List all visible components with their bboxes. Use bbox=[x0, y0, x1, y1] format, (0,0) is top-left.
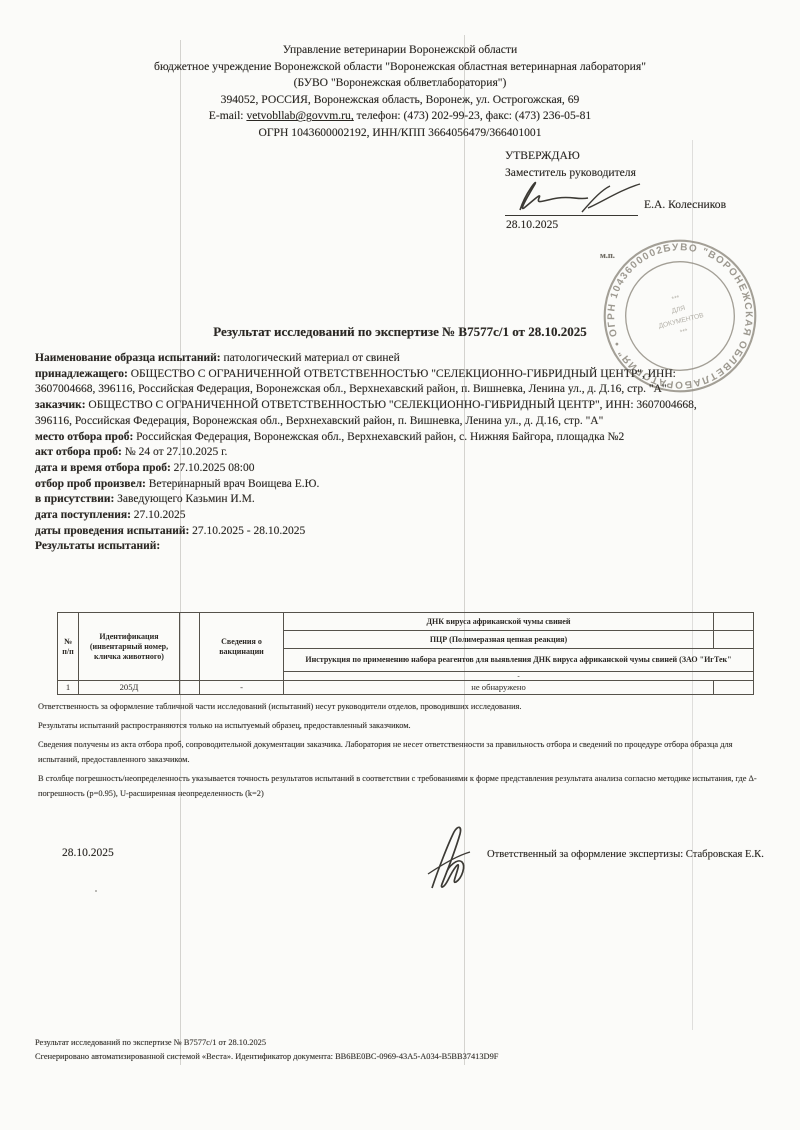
org-shortname-line: (БУВО "Воронежская облветлаборатория") bbox=[30, 75, 770, 92]
footnotes: Ответственность за оформление табличной … bbox=[38, 699, 770, 805]
org-ogrn-line: ОГРН 1043600002192, ИНН/КПП 3664056479/3… bbox=[30, 125, 770, 142]
email-label: E-mail: bbox=[209, 109, 244, 122]
row-right-spacer bbox=[714, 681, 754, 695]
header-right-spacer bbox=[714, 631, 754, 649]
scan-speck bbox=[127, 430, 129, 432]
col-header-num: № п/п bbox=[58, 613, 79, 681]
table-row: 1 205Д - не обнаружено bbox=[58, 681, 754, 695]
row-result: не обнаружено bbox=[284, 681, 714, 695]
instruction-cell: Инструкция по применению набора реагенто… bbox=[284, 649, 754, 672]
document-footer: Результат исследований по экспертизе № В… bbox=[35, 1036, 775, 1063]
sub-row-cell: - bbox=[284, 672, 754, 681]
field-sampling-datetime: дата и время отбора проб: 27.10.2025 08:… bbox=[35, 461, 735, 477]
field-sample-name: Наименование образца испытаний: патологи… bbox=[35, 351, 735, 367]
results-table: № п/п Идентификация (инвентарный номер, … bbox=[57, 612, 754, 695]
org-address-line: 394052, РОССИЯ, Воронежская область, Вор… bbox=[30, 92, 770, 109]
signature-line bbox=[505, 215, 638, 216]
svg-text:***: *** bbox=[671, 294, 681, 303]
footer-generated-by: Сгенерировано автоматизированной системо… bbox=[35, 1050, 775, 1064]
org-header: Управление ветеринарии Воронежской облас… bbox=[30, 42, 770, 142]
responsible-for-expertise: Ответственный за оформление экспертизы: … bbox=[487, 849, 777, 860]
svg-text:ДЛЯ: ДЛЯ bbox=[671, 305, 686, 315]
row-vaccination: - bbox=[200, 681, 284, 695]
footnote: Сведения получены из акта отбора проб, с… bbox=[38, 737, 770, 767]
email-value: vetvobllab@govvm.ru, bbox=[246, 109, 353, 122]
responsible-signature bbox=[418, 822, 478, 894]
footnote: В столбце погрешность/неопределенность у… bbox=[38, 771, 770, 801]
results-table-wrap: № п/п Идентификация (инвентарный номер, … bbox=[57, 612, 754, 695]
org-fullname-line: бюджетное учреждение Воронежской области… bbox=[30, 59, 770, 76]
field-in-presence-of: в присутствии: Заведующего Казьмин И.М. bbox=[35, 492, 735, 508]
approver-signature bbox=[498, 172, 648, 220]
col-header-spacer bbox=[180, 613, 200, 681]
document-fields: Наименование образца испытаний: патологи… bbox=[35, 351, 735, 555]
field-sampling-act: акт отбора проб: № 24 от 27.10.2025 г. bbox=[35, 445, 735, 461]
row-num: 1 bbox=[58, 681, 79, 695]
row-spacer bbox=[180, 681, 200, 695]
approve-word: УТВЕРЖДАЮ bbox=[505, 147, 636, 164]
header-right-spacer bbox=[714, 613, 754, 631]
field-received-date: дата поступления: 27.10.2025 bbox=[35, 508, 735, 524]
row-identification: 205Д bbox=[79, 681, 180, 695]
scanned-document-page: Управление ветеринарии Воронежской облас… bbox=[0, 0, 800, 1130]
signoff-date: 28.10.2025 bbox=[62, 847, 114, 859]
field-customer: заказчик: ОБЩЕСТВО С ОГРАНИЧЕННОЙ ОТВЕТС… bbox=[35, 398, 735, 429]
org-name-line: Управление ветеринарии Воронежской облас… bbox=[30, 42, 770, 59]
org-contacts-line: E-mail: vetvobllab@govvm.ru, телефон: (4… bbox=[30, 108, 770, 125]
method-cell: ПЦР (Полимеразная цепная реакция) bbox=[284, 631, 714, 649]
document-title: Результат исследований по экспертизе № В… bbox=[30, 324, 770, 340]
scan-speck bbox=[95, 890, 97, 892]
footnote: Ответственность за оформление табличной … bbox=[38, 699, 770, 714]
field-test-dates: даты проведения испытаний: 27.10.2025 - … bbox=[35, 524, 735, 540]
phone-fax: телефон: (473) 202-99-23, факс: (473) 23… bbox=[357, 109, 592, 122]
col-header-vaccination: Сведения о вакцинации bbox=[200, 613, 284, 681]
col-header-identification: Идентификация (инвентарный номер, кличка… bbox=[79, 613, 180, 681]
field-results-heading: Результаты испытаний: bbox=[35, 539, 735, 555]
footnote: Результаты испытаний распространяются то… bbox=[38, 718, 770, 733]
approval-date: 28.10.2025 bbox=[506, 218, 558, 231]
field-owner: принадлежащего: ОБЩЕСТВО С ОГРАНИЧЕННОЙ … bbox=[35, 367, 735, 398]
footer-expertise-ref: Результат исследований по экспертизе № В… bbox=[35, 1036, 775, 1050]
field-sampling-place: место отбора проб: Российская Федерация,… bbox=[35, 430, 735, 446]
field-sampled-by: отбор проб произвел: Ветеринарный врач В… bbox=[35, 477, 735, 493]
test-name-cell: ДНК вируса африканской чумы свиней bbox=[284, 613, 714, 631]
approver-name: Е.А. Колесников bbox=[644, 198, 726, 211]
